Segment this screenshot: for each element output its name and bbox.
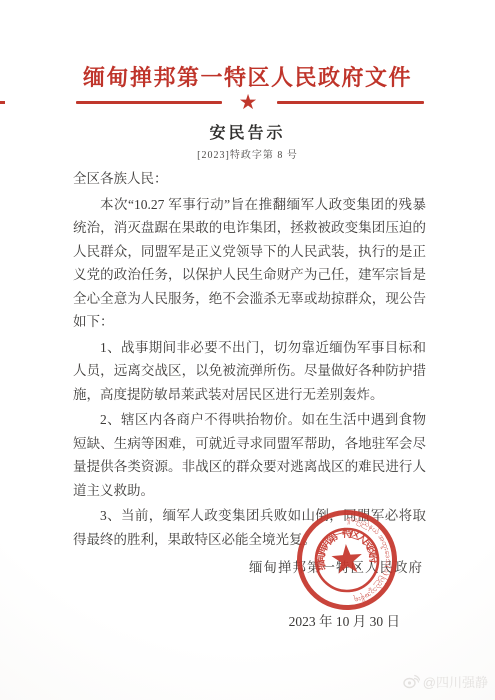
salutation: 全区各族人民： (73, 167, 426, 191)
seal-star-icon (331, 543, 363, 574)
star-icon: ★ (234, 89, 262, 115)
body-paragraph: 本次“10.27 军事行动”旨在推翻缅军人政变集团的残暴统治，消灭盘踞在果敢的电… (73, 193, 426, 334)
document-header-title: 缅甸掸邦第一特区人民政府文件 (0, 61, 495, 92)
document-photo: { "document": { "header_title": "缅甸掸邦第一特… (0, 0, 495, 700)
document-number: [2023]特政字第 8 号 (0, 146, 495, 161)
left-edge-tick (0, 101, 5, 104)
notice-title: 安民告示 (0, 120, 495, 143)
weibo-watermark: @四川强静 (403, 672, 488, 691)
watermark-handle: @四川强静 (423, 672, 488, 691)
weibo-eye-icon (403, 674, 420, 689)
official-seal: ရှမ်းပြည်နယ် အထူးဒေသ(၁) ပြည်သူ့အစိုးရ 缅甸… (288, 501, 405, 618)
divider-line-right (277, 101, 424, 104)
header-divider: ★ (0, 92, 495, 118)
document-body: 全区各族人民： 本次“10.27 军事行动”旨在推翻缅军人政变集团的残暴统治，消… (73, 167, 426, 551)
body-paragraph: 1、战事期间非必要不出门，切勿靠近缅伪军事目标和人员，远离交战区，以免被流弹所伤… (73, 336, 426, 407)
body-paragraphs: 本次“10.27 军事行动”旨在推翻缅军人政变集团的残暴统治，消灭盘踞在果敢的电… (73, 193, 426, 552)
divider-line-left (76, 101, 222, 104)
body-paragraph: 2、辖区内各商户不得哄抬物价。如在生活中遇到食物短缺、生病等困难，可就近寻求同盟… (73, 408, 426, 502)
